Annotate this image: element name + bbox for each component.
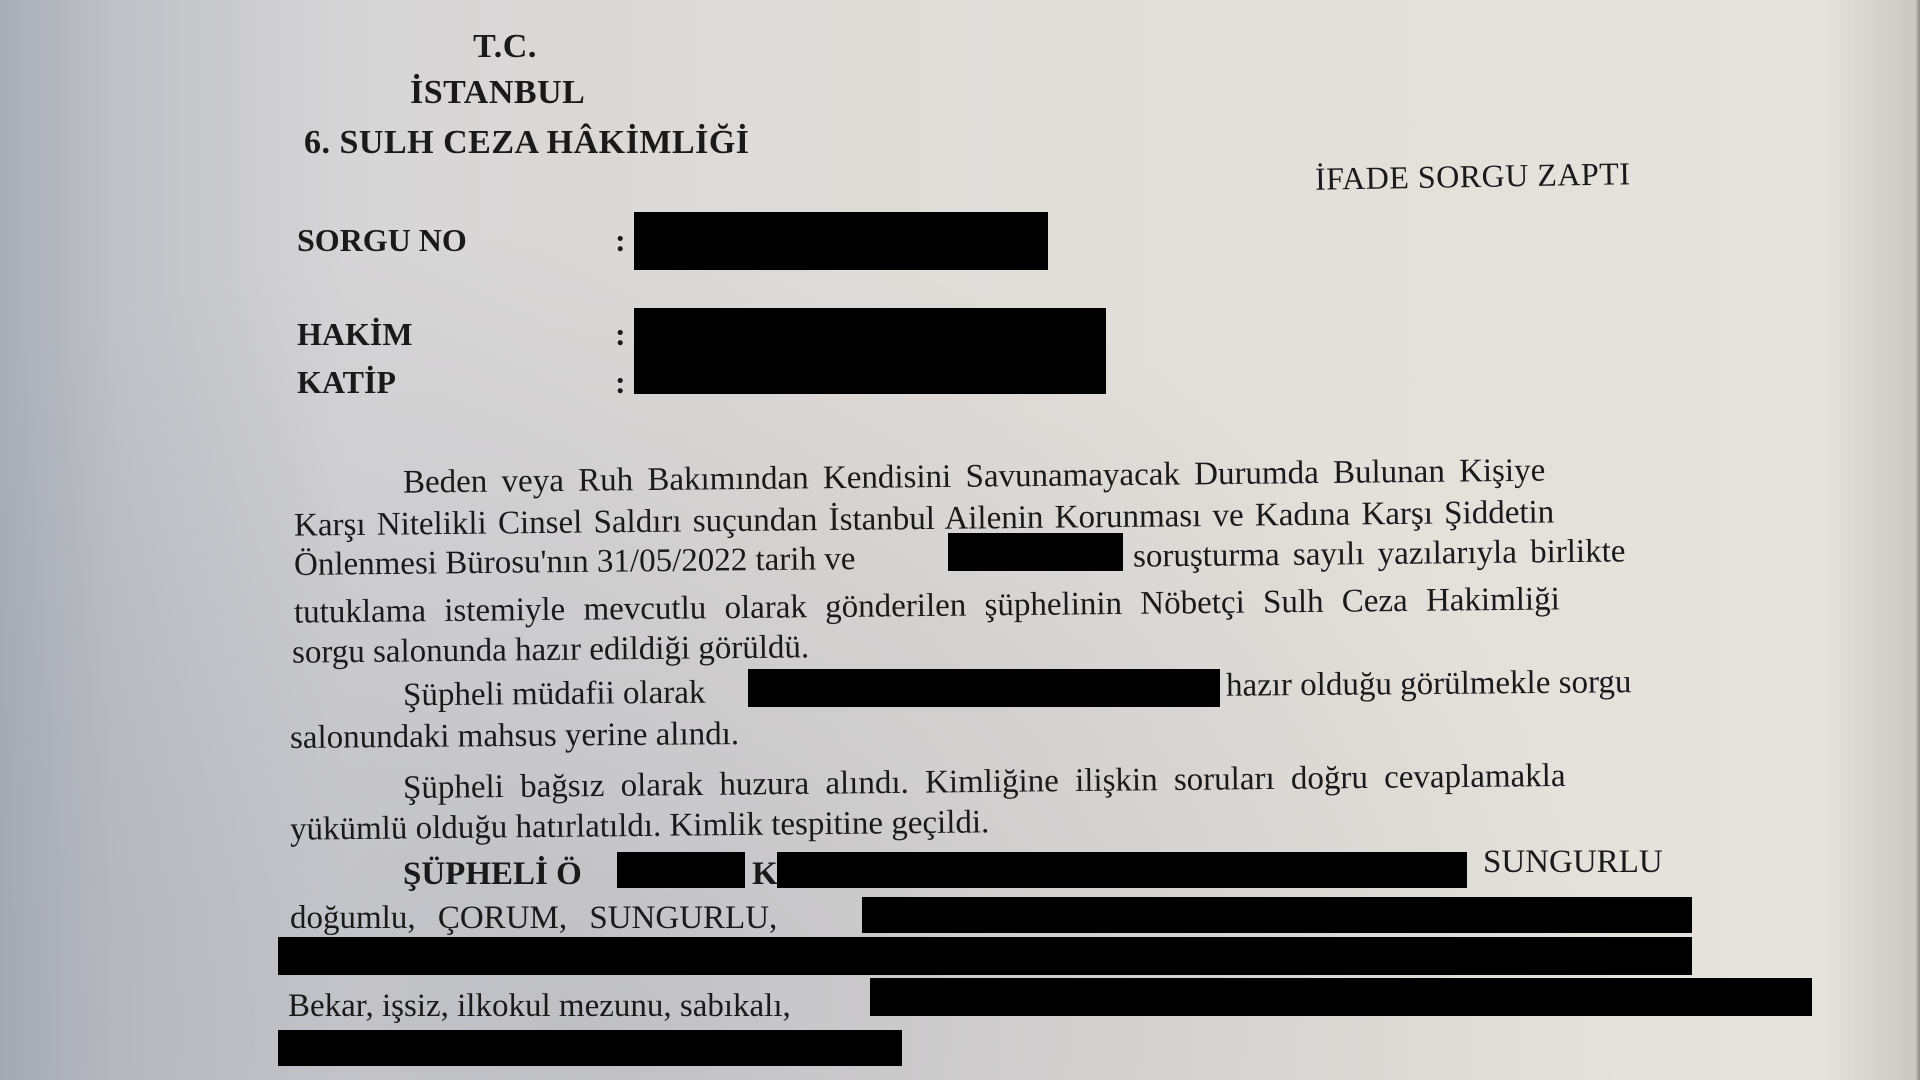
redaction-criminal-record	[870, 978, 1812, 1016]
suspect-birthplace: SUNGURLU	[1483, 846, 1663, 879]
redaction-extra	[278, 1030, 902, 1066]
paragraph-2-line-1a: Şüpheli müdafii olarak	[403, 677, 706, 713]
field-label-katip: KATİP	[297, 364, 396, 401]
document-title: İFADE SORGU ZAPTI	[1315, 155, 1631, 198]
redaction-address-2	[278, 937, 1692, 975]
field-separator: :	[615, 222, 626, 259]
paragraph-2-line-2: salonundaki mahsus yerine alındı.	[290, 718, 739, 755]
paragraph-1-line-1: Beden veya Ruh Bakımından Kendisini Savu…	[403, 453, 1665, 499]
paragraph-1-line-4: tutuklama istemiyle mevcutlu olarak gönd…	[294, 583, 1560, 629]
redaction-hakim-katip	[634, 308, 1106, 394]
redaction-suspect-details	[777, 852, 1467, 888]
suspect-label: ŞÜPHELİ Ö	[403, 858, 582, 891]
suspect-status: Bekar, işsiz, ilkokul mezunu, sabıkalı,	[288, 990, 791, 1023]
paragraph-3-line-1: Şüpheli bağsız olarak huzura alındı. Kim…	[403, 760, 1566, 805]
paper-edge	[1914, 0, 1920, 1080]
redaction-sorgu-no	[634, 212, 1048, 270]
field-label-hakim: HAKİM	[297, 316, 413, 353]
header-tc: T.C.	[470, 28, 540, 66]
header-city: İSTANBUL	[410, 74, 585, 112]
redaction-file-number	[948, 533, 1123, 571]
header-court: 6. SULH CEZA HÂKİMLİĞİ	[304, 124, 750, 162]
suspect-surname-initial: K	[752, 858, 778, 891]
paragraph-2-line-1b: hazır olduğu görülmekle sorgu	[1226, 666, 1632, 703]
paragraph-1-line-3a: Önlenmesi Bürosu'nın 31/05/2022 tarih ve	[294, 543, 856, 582]
field-separator: :	[615, 364, 626, 401]
field-label-sorgu-no: SORGU NO	[297, 222, 467, 259]
paragraph-1-line-5: sorgu salonunda hazır edildiği görüldü.	[292, 631, 810, 669]
redaction-lawyer-name	[748, 669, 1220, 707]
redaction-suspect-first-name	[617, 852, 745, 888]
text: Beden veya Ruh Bakımından Kendisini Savu…	[403, 455, 1546, 500]
field-separator: :	[615, 316, 626, 353]
paragraph-1-line-3b: soruşturma sayılı yazılarıyla birlikte	[1133, 535, 1626, 573]
suspect-birth-info: doğumlu, ÇORUM, SUNGURLU,	[290, 902, 777, 935]
paragraph-3-line-2: yükümlü olduğu hatırlatıldı. Kimlik tesp…	[290, 806, 990, 846]
redaction-address-1	[862, 897, 1692, 933]
